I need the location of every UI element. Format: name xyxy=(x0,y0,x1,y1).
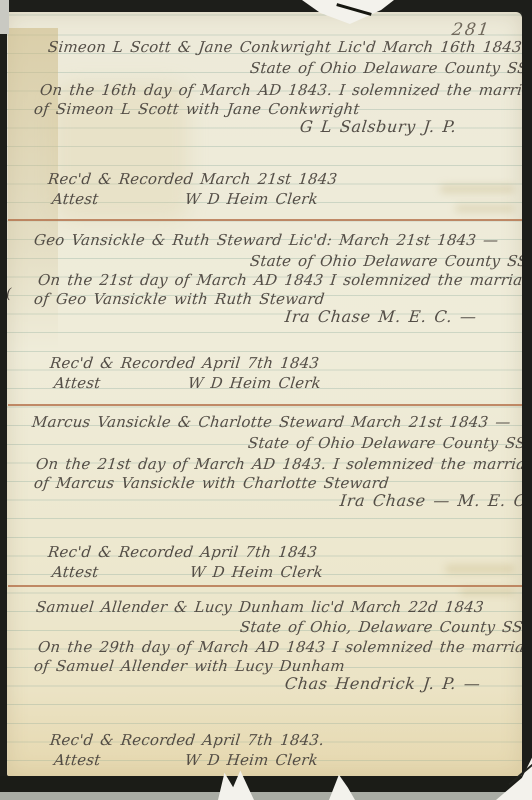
entry-title-line: Samuel Allender & Lucy Dunham lic'd Marc… xyxy=(35,598,485,617)
attest-label: Attest xyxy=(51,563,99,582)
state-county-line: State of Ohio Delaware County SS xyxy=(249,59,529,78)
solemnization-line-1: On the 21st day of March AD 1843. I sole… xyxy=(35,455,532,474)
attest-label: Attest xyxy=(53,374,101,393)
recorded-line: Rec'd & Recorded March 21st 1843 xyxy=(47,170,338,189)
recorded-line: Rec'd & Recorded April 7th 1843. xyxy=(49,731,325,750)
scan-border-right xyxy=(522,0,532,792)
solemnization-line-1: On the 29th day of March AD 1843 I solem… xyxy=(37,638,532,657)
page-number: 281 xyxy=(451,20,492,40)
officiant-signature: Chas Hendrick J. P. — xyxy=(284,674,481,693)
torn-notch xyxy=(0,0,9,34)
recorded-line: Rec'd & Recorded April 7th 1843 xyxy=(49,354,320,373)
ink-bleed-smudge xyxy=(445,565,515,573)
scan-border-top xyxy=(0,0,532,12)
scan-backing-strip xyxy=(0,792,532,800)
entry-title-line: Geo Vansickle & Ruth Steward Lic'd: Marc… xyxy=(33,231,499,250)
ink-bleed-smudge xyxy=(460,588,515,595)
state-county-line: State of Ohio Delaware County SS xyxy=(247,434,527,453)
officiant-signature: Ira Chase M. E. C. — xyxy=(284,307,478,326)
clerk-signature: W D Heim Clerk xyxy=(187,374,322,393)
solemnization-line-1: On the 16th day of March AD 1843. I sole… xyxy=(39,81,532,100)
recorded-line: Rec'd & Recorded April 7th 1843 xyxy=(47,543,318,562)
document-scan: 281 ( Simeon L Scott & Jane Conkwright L… xyxy=(0,0,532,800)
red-separator-rule xyxy=(8,585,522,587)
state-county-line: State of Ohio Delaware County SS xyxy=(249,252,529,271)
entry-title-line: Simeon L Scott & Jane Conkwright Lic'd M… xyxy=(47,38,532,57)
ink-bleed-smudge xyxy=(440,185,515,193)
red-separator-rule xyxy=(8,404,522,406)
red-separator-rule xyxy=(8,219,522,221)
attest-label: Attest xyxy=(53,751,101,770)
ink-bleed-smudge xyxy=(455,205,515,212)
clerk-signature: W D Heim Clerk xyxy=(189,563,324,582)
scan-border-left xyxy=(0,0,7,792)
scan-border-bottom xyxy=(0,776,532,792)
solemnization-line-2: of Marcus Vansickle with Charlotte Stewa… xyxy=(33,474,390,493)
officiant-signature: Ira Chase — M. E. C. xyxy=(339,491,532,510)
officiant-signature: G L Salsbury J. P. xyxy=(299,117,457,136)
solemnization-line-1: On the 21st day of March AD 1843 I solem… xyxy=(37,271,532,290)
attest-label: Attest xyxy=(51,190,99,209)
clerk-signature: W D Heim Clerk xyxy=(184,751,319,770)
solemnization-line-2: of Geo Vansickle with Ruth Steward xyxy=(33,290,326,309)
entry-title-line: Marcus Vansickle & Charlotte Steward Mar… xyxy=(31,413,512,432)
clerk-signature: W D Heim Clerk xyxy=(184,190,319,209)
state-county-line: State of Ohio, Delaware County SS xyxy=(239,618,524,637)
